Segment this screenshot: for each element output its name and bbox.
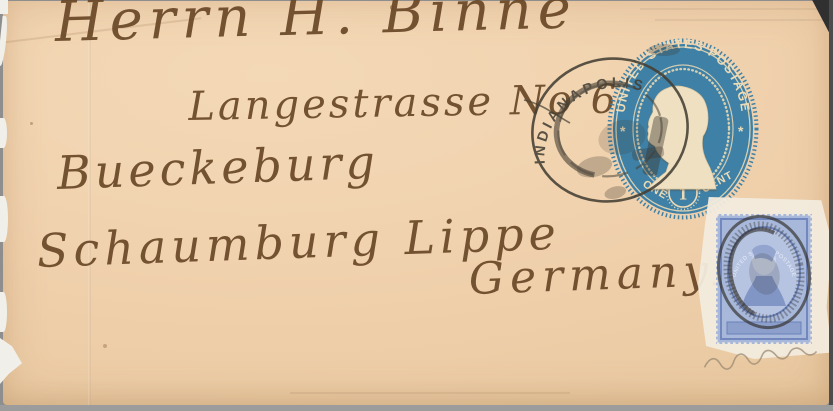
address-line-country: Germany.: [468, 245, 729, 305]
torn-edge-sliver: [0, 0, 8, 14]
showthrough-line: [655, 19, 830, 21]
torn-edge-sliver: [0, 196, 8, 242]
postmark-smudge: [595, 115, 650, 160]
scanned-postal-cover: Herrn H. Binne Langestrasse No 6 Bueckeb…: [0, 0, 833, 411]
postmark: INDIANAPOLIS: [524, 44, 696, 216]
emboss-ornament-right: *: [738, 123, 744, 139]
address-line-city: Bueckeburg: [56, 135, 380, 200]
adhesive-stamp: UNITED STATES POSTAGE: [704, 208, 824, 354]
torn-edge-sliver: [0, 118, 7, 148]
torn-edge-sliver: [0, 292, 7, 332]
ink-speck: [30, 122, 33, 125]
showthrough-line: [640, 8, 828, 10]
right-edge-strip: [829, 0, 833, 411]
postmark-city-text: INDIANAPOLIS: [516, 66, 661, 168]
ink-speck: [103, 344, 107, 348]
bottom-edge-strip: [0, 405, 833, 411]
